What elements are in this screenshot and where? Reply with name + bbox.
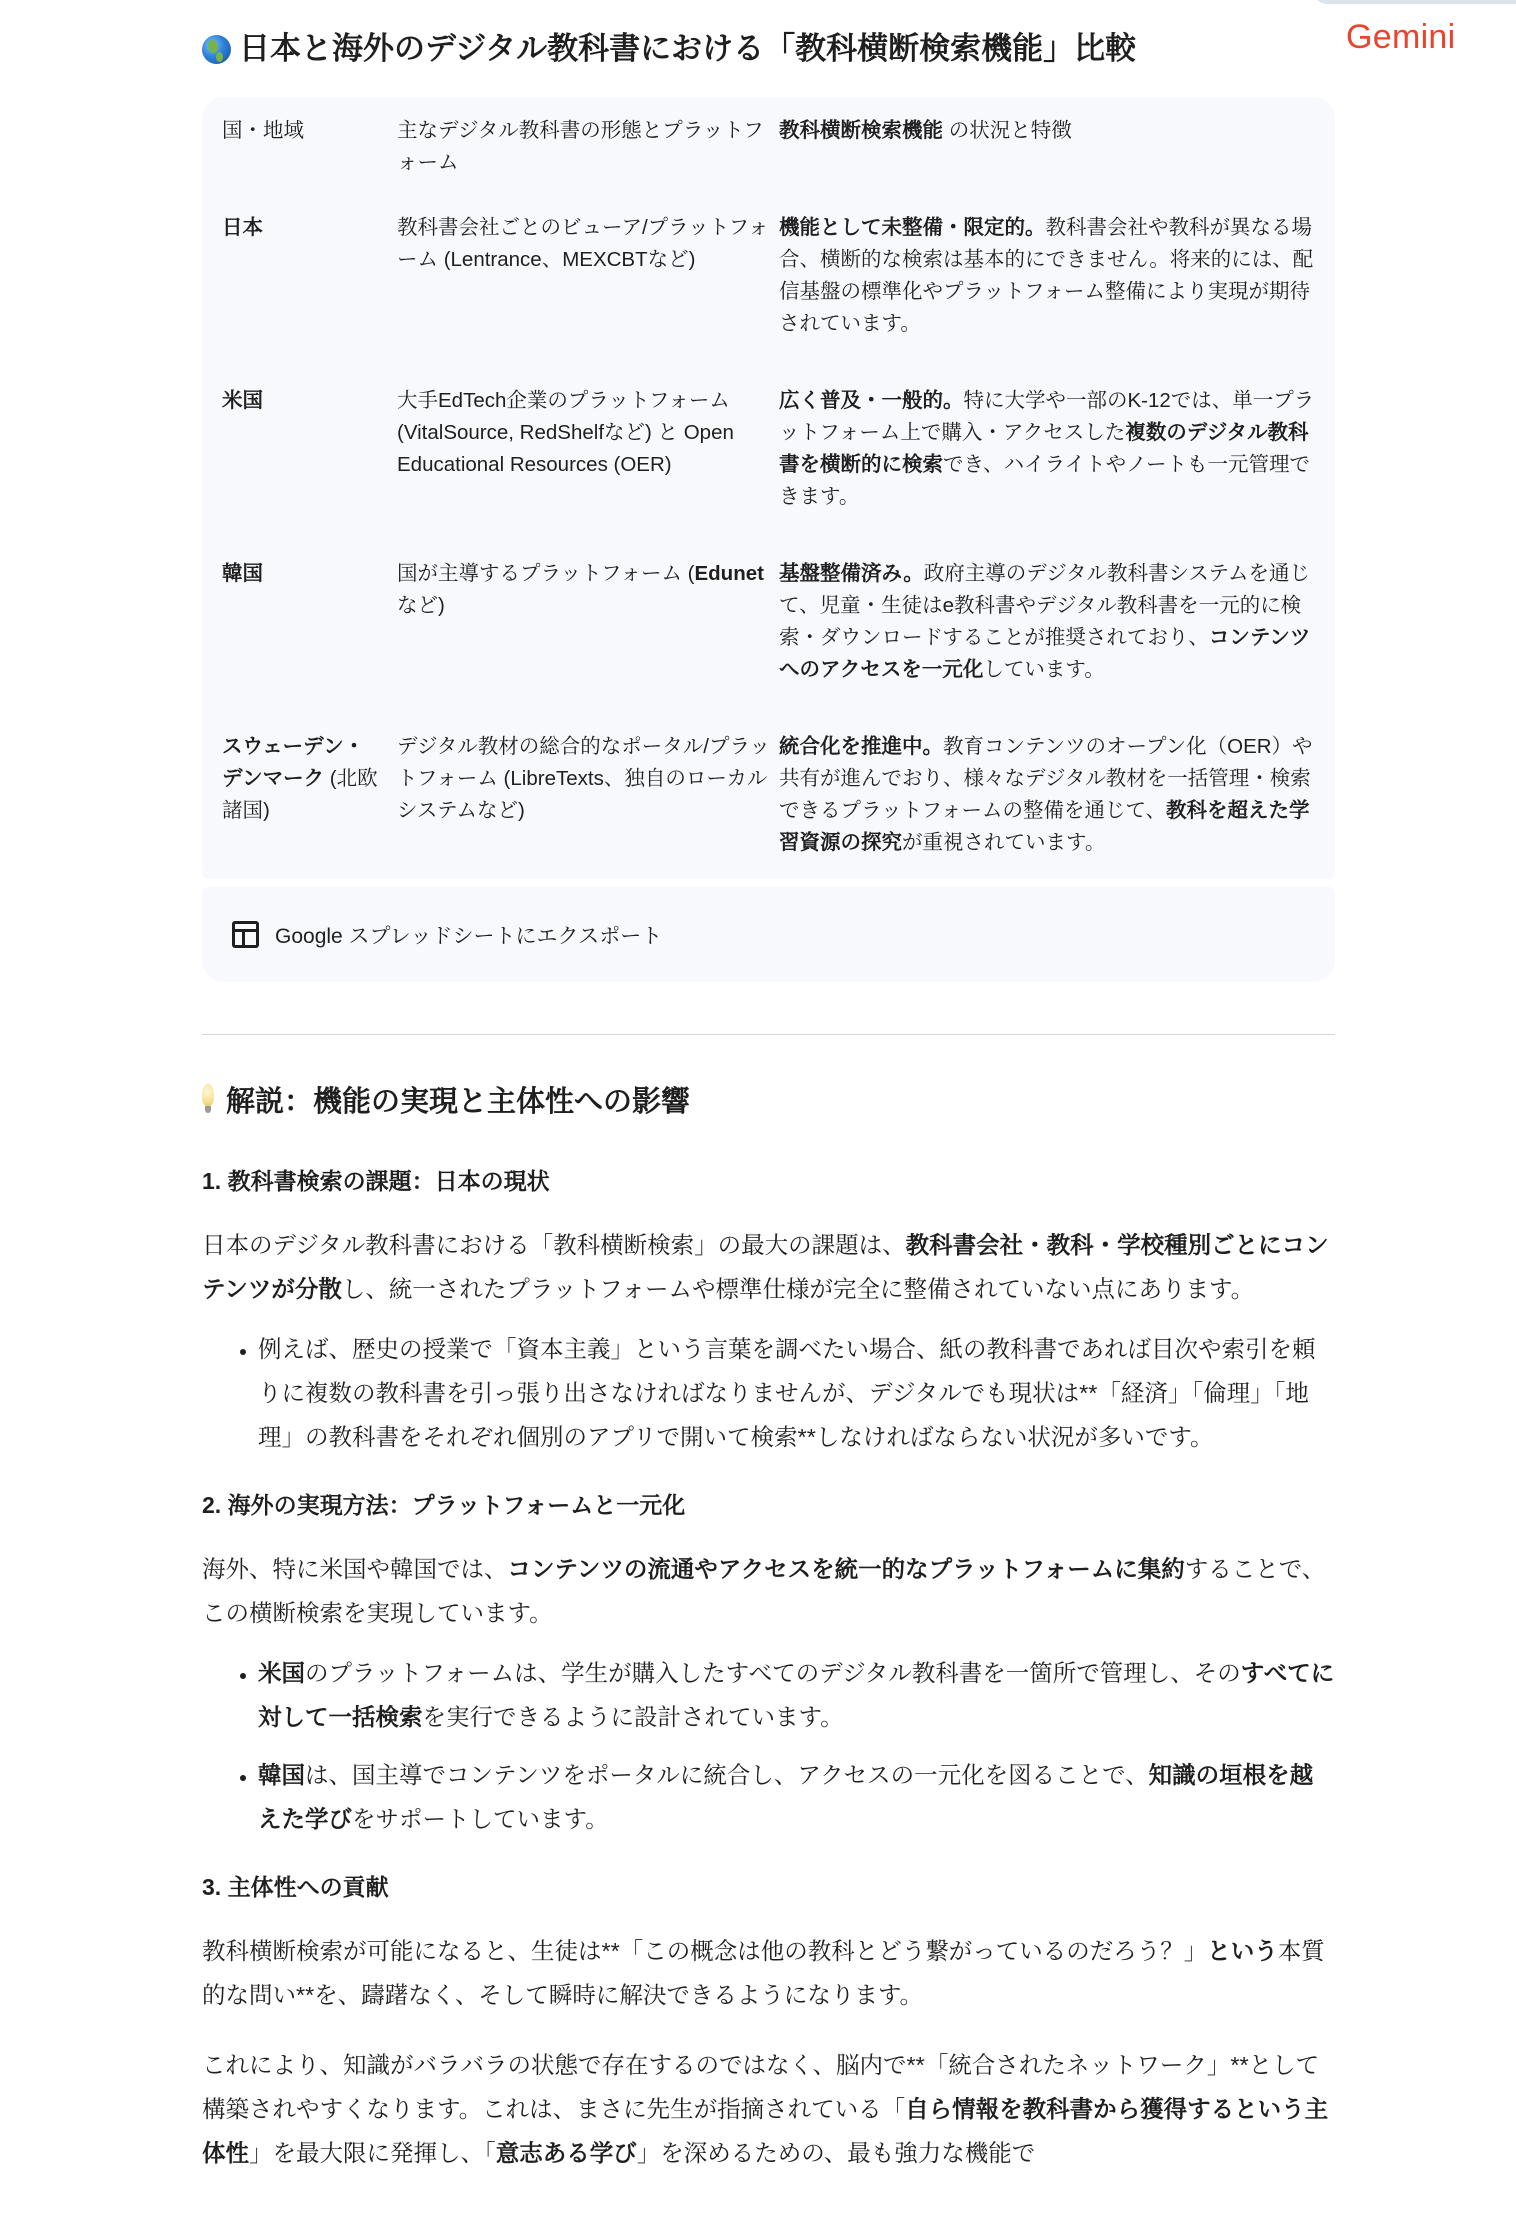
- header-status-bold: 教科横断検索機能: [779, 119, 943, 142]
- paragraph: 日本のデジタル教科書における「教科横断検索」の最大の課題は、教科書会社・教科・学…: [202, 1223, 1335, 1311]
- list-item: 韓国は、国主導でコンテンツをポータルに統合し、アクセスの一元化を図ることで、知識…: [258, 1753, 1335, 1841]
- table-row: 日本 教科書会社ごとのビューア/プラットフォーム (Lentrance、MEXC…: [222, 202, 1315, 375]
- text: は、国主導でコンテンツをポータルに統合し、アクセスの一元化を図ることで、: [305, 1762, 1149, 1788]
- cell-country: 韓国: [222, 548, 397, 721]
- table-row: 米国 大手EdTech企業のプラットフォーム (VitalSource, Red…: [222, 375, 1315, 548]
- comparison-table: 国・地域 主なデジタル教科書の形態とプラットフォーム 教科横断検索機能 の状況と…: [222, 105, 1315, 871]
- text: しています。: [983, 658, 1104, 681]
- bullet-list: 米国のプラットフォームは、学生が購入したすべてのデジタル教科書を一箇所で管理し、…: [202, 1651, 1335, 1841]
- light-bulb-icon: [202, 1084, 214, 1114]
- export-label: Google スプレッドシートにエクスポート: [275, 920, 662, 950]
- text: 」を最大限に発揮し、「: [249, 2140, 496, 2166]
- paragraph: これにより、知識がバラバラの状態で存在するのではなく、脳内で**「統合されたネッ…: [202, 2043, 1335, 2175]
- bold-text: Edunet: [694, 562, 763, 585]
- cell-status: 機能として未整備・限定的。教科書会社や教科が異なる場合、横断的な検索は基本的にで…: [779, 202, 1315, 375]
- globe-americas-icon: [202, 35, 231, 64]
- cell-status: 広く普及・一般的。特に大学や一部のK-12では、単一プラットフォーム上で購入・ア…: [779, 375, 1315, 548]
- cell-status: 基盤整備済み。政府主導のデジタル教科書システムを通じて、児童・生徒はe教科書やデ…: [779, 548, 1315, 721]
- country-label: 米国: [222, 389, 263, 412]
- bold-text: 統合化を推進中。: [779, 735, 943, 758]
- bold-text: 広く普及・一般的。: [779, 389, 964, 412]
- cell-status: 統合化を推進中。教育コンテンツのオープン化（OER）や共有が進んでおり、様々なデ…: [779, 721, 1315, 871]
- country-label: 韓国: [222, 562, 263, 585]
- list-item: 米国のプラットフォームは、学生が購入したすべてのデジタル教科書を一箇所で管理し、…: [258, 1651, 1335, 1739]
- subsection-heading-1: 1. 教科書検索の課題：日本の現状: [202, 1165, 1335, 1197]
- top-edge-tab: [1313, 0, 1516, 4]
- cell-platform: 教科書会社ごとのビューア/プラットフォーム (Lentrance、MEXCBTな…: [397, 202, 779, 375]
- export-to-sheets-button[interactable]: Google スプレッドシートにエクスポート: [202, 887, 1335, 982]
- text: のプラットフォームは、学生が購入したすべてのデジタル教科書を一箇所で管理し、その: [305, 1660, 1241, 1686]
- header-status-rest: の状況と特徴: [943, 119, 1072, 142]
- text: 教科書会社ごとのビューア/プラットフォーム (Lentrance、MEXCBTな…: [397, 216, 769, 271]
- section-divider: [202, 1034, 1335, 1035]
- country-label: 日本: [222, 216, 263, 239]
- list-item: 例えば、歴史の授業で「資本主義」という言葉を調べたい場合、紙の教科書であれば目次…: [258, 1327, 1335, 1459]
- section-title-explanation: 解説：機能の実現と主体性への影響: [202, 1077, 1335, 1121]
- bold-text: という: [1207, 1938, 1278, 1964]
- bold-text: 韓国: [258, 1762, 305, 1788]
- table-grid-icon: [232, 921, 259, 948]
- bullet-list: 例えば、歴史の授業で「資本主義」という言葉を調べたい場合、紙の教科書であれば目次…: [202, 1327, 1335, 1459]
- text: 国が主導するプラットフォーム (: [397, 562, 694, 585]
- bold-text: コンテンツの流通やアクセスを統一的なプラットフォームに集約: [508, 1556, 1185, 1582]
- text: し、統一されたプラットフォームや標準仕様が完全に整備されていない点にあります。: [342, 1276, 1254, 1302]
- bold-text: 機能として未整備・限定的。: [779, 216, 1046, 239]
- section-title-text: 日本と海外のデジタル教科書における「教科横断検索機能」比較: [239, 28, 1136, 70]
- table-header-row: 国・地域 主なデジタル教科書の形態とプラットフォーム 教科横断検索機能 の状況と…: [222, 105, 1315, 202]
- cell-country: 米国: [222, 375, 397, 548]
- text: 海外、特に米国や韓国では、: [202, 1556, 508, 1582]
- table-row: 韓国 国が主導するプラットフォーム (Edunetなど) 基盤整備済み。政府主導…: [222, 548, 1315, 721]
- header-platform: 主なデジタル教科書の形態とプラットフォーム: [397, 105, 779, 202]
- section-title-comparison: 日本と海外のデジタル教科書における「教科横断検索機能」比較: [202, 28, 1335, 70]
- cell-country: スウェーデン・デンマーク (北欧諸国): [222, 721, 397, 871]
- table-row: スウェーデン・デンマーク (北欧諸国) デジタル教材の総合的なポータル/プラット…: [222, 721, 1315, 871]
- comparison-table-card: 国・地域 主なデジタル教科書の形態とプラットフォーム 教科横断検索機能 の状況と…: [202, 97, 1335, 879]
- text: など): [397, 594, 445, 617]
- section-title-text: 解説：機能の実現と主体性への影響: [226, 1079, 690, 1120]
- header-country: 国・地域: [222, 105, 397, 202]
- text: が重視されています。: [902, 831, 1105, 854]
- text: 日本のデジタル教科書における「教科横断検索」の最大の課題は、: [202, 1232, 906, 1258]
- text: 大手EdTech企業のプラットフォーム (VitalSource, RedShe…: [397, 389, 734, 476]
- subsection-heading-3: 3. 主体性への貢献: [202, 1871, 1335, 1903]
- bold-text: 基盤整備済み。: [779, 562, 924, 585]
- bold-text: 意志ある学び: [496, 2140, 637, 2166]
- cell-platform: 大手EdTech企業のプラットフォーム (VitalSource, RedShe…: [397, 375, 779, 548]
- cell-platform: 国が主導するプラットフォーム (Edunetなど): [397, 548, 779, 721]
- paragraph: 教科横断検索が可能になると、生徒は**「この概念は他の教科とどう繋がっているのだ…: [202, 1929, 1335, 2017]
- cell-country: 日本: [222, 202, 397, 375]
- text: デジタル教材の総合的なポータル/プラットフォーム (LibreTexts、独自の…: [397, 735, 770, 822]
- text: 教科横断検索が可能になると、生徒は**「この概念は他の教科とどう繋がっているのだ…: [202, 1938, 1207, 1964]
- text: を実行できるように設計されています。: [423, 1704, 844, 1730]
- subsection-heading-2: 2. 海外の実現方法：プラットフォームと一元化: [202, 1489, 1335, 1521]
- paragraph: 海外、特に米国や韓国では、コンテンツの流通やアクセスを統一的なプラットフォームに…: [202, 1547, 1335, 1635]
- cell-platform: デジタル教材の総合的なポータル/プラットフォーム (LibreTexts、独自の…: [397, 721, 779, 871]
- response-content: 日本と海外のデジタル教科書における「教科横断検索機能」比較 国・地域 主なデジタ…: [202, 0, 1335, 2175]
- header-status: 教科横断検索機能 の状況と特徴: [779, 105, 1315, 202]
- bold-text: 米国: [258, 1660, 305, 1686]
- text: をサポートしています。: [352, 1806, 609, 1832]
- gemini-brand-label: Gemini: [1346, 18, 1456, 57]
- text: 例えば、歴史の授業で「資本主義」という言葉を調べたい場合、紙の教科書であれば目次…: [258, 1336, 1316, 1450]
- text: 」を深めるための、最も強力な機能で: [637, 2140, 1036, 2166]
